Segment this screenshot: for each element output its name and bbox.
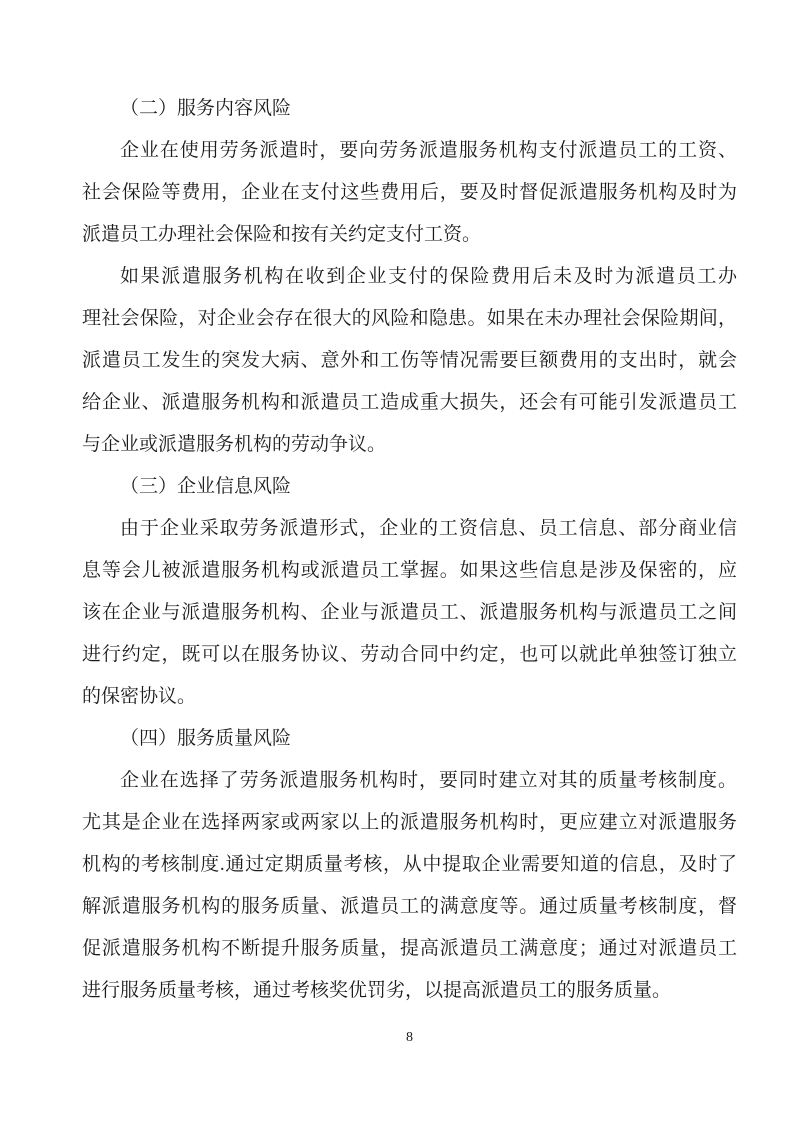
paragraph-line: 与企业或派遣服务机构的劳动争议。 bbox=[82, 424, 737, 466]
paragraph-line: 息等会儿被派遣服务机构或派遣员工掌握。如果这些信息是涉及保密的，应 bbox=[82, 550, 737, 592]
paragraph-line: 尤其是企业在选择两家或两家以上的派遣服务机构时，更应建立对派遣服务 bbox=[82, 802, 737, 844]
paragraph-line: 给企业、派遣服务机构和派遣员工造成重大损失，还会有可能引发派遣员工 bbox=[82, 382, 737, 424]
page-number: 8 bbox=[406, 1030, 413, 1045]
paragraph-line: 派遣员工发生的突发大病、意外和工伤等情况需要巨额费用的支出时，就会 bbox=[82, 340, 737, 382]
section-heading-3: （三）企业信息风险 bbox=[82, 466, 737, 508]
paragraph-line: 的保密协议。 bbox=[82, 676, 737, 718]
document-text-body: （二）服务内容风险 企业在使用劳务派遣时，要向劳务派遣服务机构支付派遣员工的工资… bbox=[82, 88, 737, 1012]
paragraph-line: 理社会保险，对企业会存在很大的风险和隐患。如果在未办理社会保险期间， bbox=[82, 298, 737, 340]
paragraph-line: 解派遣服务机构的服务质量、派遣员工的满意度等。通过质量考核制度，督 bbox=[82, 886, 737, 928]
paragraph-line: 如果派遣服务机构在收到企业支付的保险费用后未及时为派遣员工办 bbox=[82, 256, 737, 298]
paragraph-line: 该在企业与派遣服务机构、企业与派遣员工、派遣服务机构与派遣员工之间 bbox=[82, 592, 737, 634]
paragraph-line: 进行服务质量考核，通过考核奖优罚劣，以提高派遣员工的服务质量。 bbox=[82, 970, 737, 1012]
paragraph-line: 进行约定，既可以在服务协议、劳动合同中约定，也可以就此单独签订独立 bbox=[82, 634, 737, 676]
paragraph-line: 由于企业采取劳务派遣形式，企业的工资信息、员工信息、部分商业信 bbox=[82, 508, 737, 550]
paragraph-line: 机构的考核制度.通过定期质量考核，从中提取企业需要知道的信息，及时了 bbox=[82, 844, 737, 886]
section-heading-2: （二）服务内容风险 bbox=[82, 88, 737, 130]
paragraph-line: 企业在使用劳务派遣时，要向劳务派遣服务机构支付派遣员工的工资、 bbox=[82, 130, 737, 172]
paragraph-line: 社会保险等费用，企业在支付这些费用后，要及时督促派遣服务机构及时为 bbox=[82, 172, 737, 214]
section-heading-4: （四）服务质量风险 bbox=[82, 718, 737, 760]
paragraph-line: 派遣员工办理社会保险和按有关约定支付工资。 bbox=[82, 214, 737, 256]
paragraph-line: 企业在选择了劳务派遣服务机构时，要同时建立对其的质量考核制度。 bbox=[82, 760, 737, 802]
page-footer: 8 bbox=[82, 1028, 737, 1048]
paragraph-line: 促派遣服务机构不断提升服务质量，提高派遣员工满意度；通过对派遣员工 bbox=[82, 928, 737, 970]
document-page: （二）服务内容风险 企业在使用劳务派遣时，要向劳务派遣服务机构支付派遣员工的工资… bbox=[0, 0, 793, 1122]
